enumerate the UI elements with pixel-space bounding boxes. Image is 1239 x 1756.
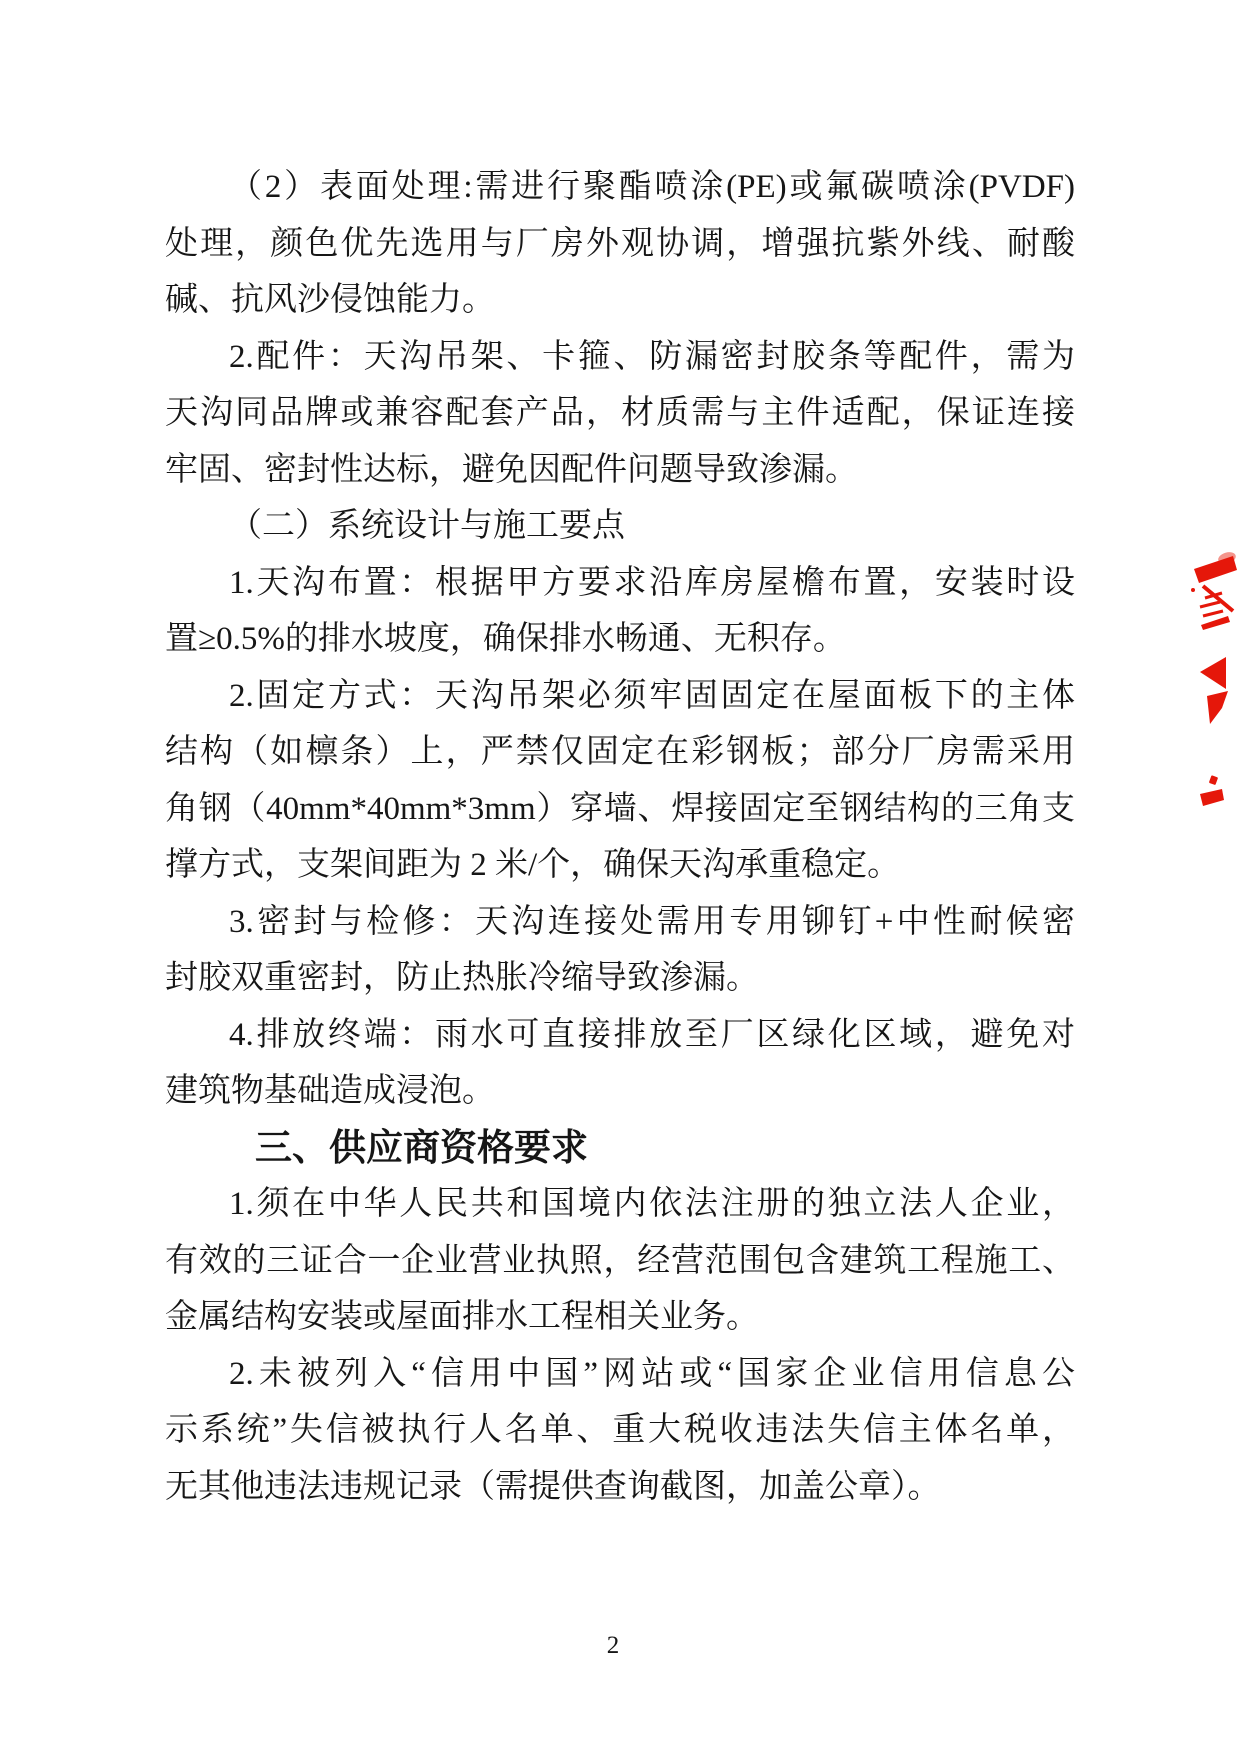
stamp-fragment-bottom <box>1200 775 1224 806</box>
text-line: 碱、抗风沙侵蚀能力。 <box>165 272 1075 329</box>
text-line: 处理，颜色优先选用与厂房外观协调，增强抗紫外线、耐酸 <box>165 216 1075 273</box>
text-line: （二）系统设计与施工要点 <box>165 498 1075 555</box>
red-seal-stamp-fragment <box>1189 545 1239 815</box>
text-line: 2.未被列入“信用中国”网站或“国家企业信用信息公 <box>165 1346 1075 1403</box>
text-line: 角钢（40mm*40mm*3mm）穿墙、焊接固定至钢结构的三角支 <box>165 781 1075 838</box>
text-line: 牢固、密封性达标，避免因配件问题导致渗漏。 <box>165 442 1075 499</box>
section-heading: 三、供应商资格要求 <box>165 1120 1075 1177</box>
text-line: 撑方式，支架间距为 2 米/个，确保天沟承重稳定。 <box>165 837 1075 894</box>
document-body: （2）表面处理:需进行聚酯喷涂(PE)或氟碳喷涂(PVDF)处理，颜色优先选用与… <box>165 159 1075 1515</box>
text-line: 建筑物基础造成浸泡。 <box>165 1063 1075 1120</box>
text-line: 1.天沟布置：根据甲方要求沿库房屋檐布置，安装时设 <box>165 555 1075 612</box>
text-line: 置≥0.5%的排水坡度，确保排水畅通、无积存。 <box>165 611 1075 668</box>
text-line: 1.须在中华人民共和国境内依法注册的独立法人企业， <box>165 1176 1075 1233</box>
text-line: 2.固定方式：天沟吊架必须牢固固定在屋面板下的主体 <box>165 668 1075 725</box>
text-line: 示系统”失信被执行人名单、重大税收违法失信主体名单， <box>165 1402 1075 1459</box>
document-page: （2）表面处理:需进行聚酯喷涂(PE)或氟碳喷涂(PVDF)处理，颜色优先选用与… <box>0 0 1239 1756</box>
text-line: 封胶双重密封，防止热胀冷缩导致渗漏。 <box>165 950 1075 1007</box>
text-line: （2）表面处理:需进行聚酯喷涂(PE)或氟碳喷涂(PVDF) <box>165 159 1075 216</box>
text-line: 天沟同品牌或兼容配套产品，材质需与主件适配，保证连接 <box>165 385 1075 442</box>
page-number: 2 <box>0 1632 1226 1660</box>
text-line: 金属结构安装或屋面排水工程相关业务。 <box>165 1289 1075 1346</box>
text-line: 2.配件：天沟吊架、卡箍、防漏密封胶条等配件，需为 <box>165 329 1075 386</box>
text-line: 有效的三证合一企业营业执照，经营范围包含建筑工程施工、 <box>165 1233 1075 1290</box>
text-line: 4.排放终端：雨水可直接排放至厂区绿化区域，避免对 <box>165 1007 1075 1064</box>
stamp-fragment-middle <box>1200 657 1228 724</box>
text-line: 无其他违法违规记录（需提供查询截图，加盖公章）。 <box>165 1459 1075 1516</box>
text-line: 结构（如檩条）上，严禁仅固定在彩钢板；部分厂房需采用 <box>165 724 1075 781</box>
text-line: 3.密封与检修：天沟连接处需用专用铆钉+中性耐候密 <box>165 894 1075 951</box>
stamp-fragment-top <box>1191 550 1237 630</box>
